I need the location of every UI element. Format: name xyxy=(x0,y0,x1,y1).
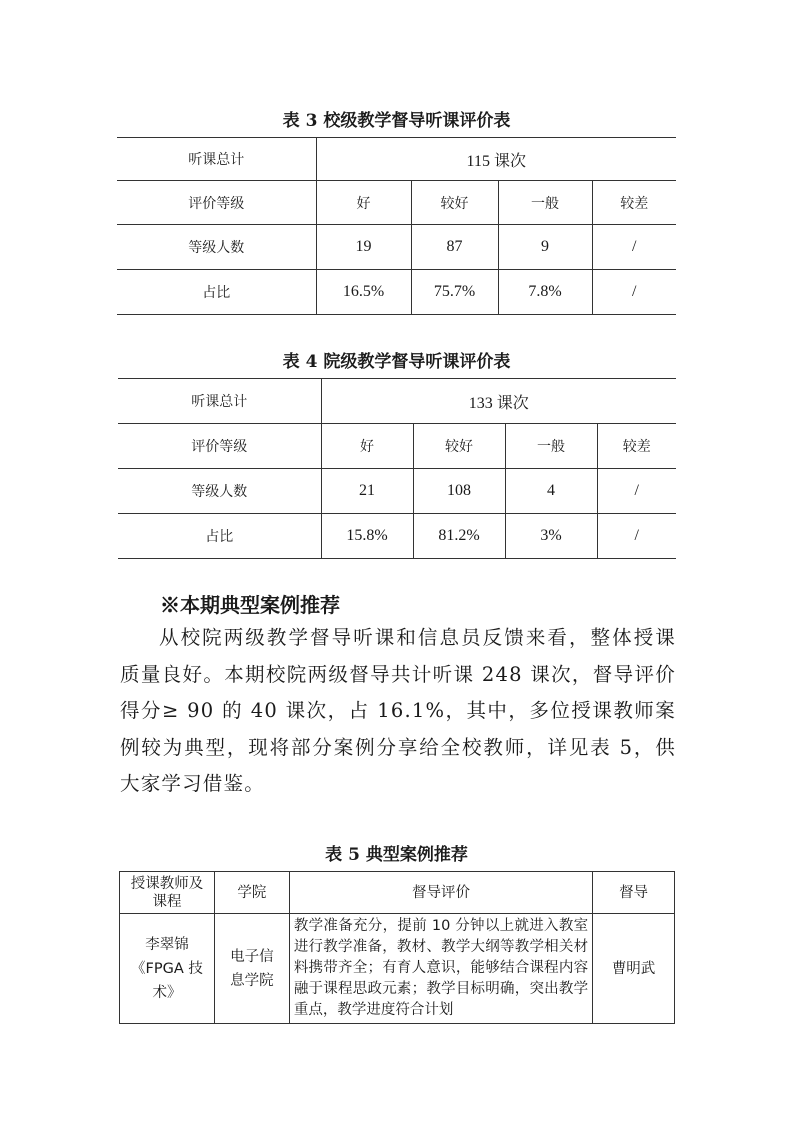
grade-cell: 较差 xyxy=(592,181,676,225)
ratio-cell: 15.8% xyxy=(321,514,413,559)
grade-cell: 较好 xyxy=(411,181,498,225)
count-cell: / xyxy=(592,225,676,270)
ratio-cell: 7.8% xyxy=(498,270,592,315)
section-heading: ※本期典型案例推荐 xyxy=(160,589,340,618)
count-cell: / xyxy=(597,469,676,514)
count-label: 等级人数 xyxy=(118,469,321,514)
college: 电子信息学院 xyxy=(214,914,289,1024)
total-value: 115 课次 xyxy=(316,138,676,181)
total-label: 听课总计 xyxy=(118,379,321,424)
grade-cell: 一般 xyxy=(505,424,597,469)
count-cell: 9 xyxy=(498,225,592,270)
count-cell: 21 xyxy=(321,469,413,514)
ratio-cell: 3% xyxy=(505,514,597,559)
header-college: 学院 xyxy=(214,872,289,914)
grade-cell: 一般 xyxy=(498,181,592,225)
grade-cell: 较差 xyxy=(597,424,676,469)
ratio-cell: 81.2% xyxy=(413,514,505,559)
header-supervisor: 督导 xyxy=(593,872,675,914)
ratio-label: 占比 xyxy=(117,270,316,315)
grade-cell: 好 xyxy=(321,424,413,469)
section-paragraph: 从校院两级教学督导听课和信息员反馈来看，整体授课质量良好。本期校院两级督导共计听… xyxy=(120,620,676,803)
total-label: 听课总计 xyxy=(117,138,316,181)
grade-label: 评价等级 xyxy=(117,181,316,225)
table5: 授课教师及课程 学院 督导评价 督导 李翠锦《FPGA 技术》 电子信息学院 教… xyxy=(119,871,675,1024)
table3: 听课总计 115 课次 评价等级 好 较好 一般 较差 等级人数 19 87 9… xyxy=(117,137,676,315)
teacher-course: 李翠锦《FPGA 技术》 xyxy=(120,914,215,1024)
ratio-cell: / xyxy=(597,514,676,559)
count-cell: 87 xyxy=(411,225,498,270)
count-cell: 4 xyxy=(505,469,597,514)
ratio-cell: 16.5% xyxy=(316,270,411,315)
count-cell: 108 xyxy=(413,469,505,514)
grade-cell: 较好 xyxy=(413,424,505,469)
table-row: 李翠锦《FPGA 技术》 电子信息学院 教学准备充分，提前 10 分钟以上就进入… xyxy=(120,914,675,1024)
count-label: 等级人数 xyxy=(117,225,316,270)
table4-caption: 表 4 院级教学督导听课评价表 xyxy=(0,347,793,372)
table4: 听课总计 133 课次 评价等级 好 较好 一般 较差 等级人数 21 108 … xyxy=(118,378,676,559)
grade-label: 评价等级 xyxy=(118,424,321,469)
table3-caption: 表 3 校级教学督导听课评价表 xyxy=(0,106,793,131)
total-value: 133 课次 xyxy=(321,379,676,424)
ratio-cell: / xyxy=(592,270,676,315)
header-evaluation: 督导评价 xyxy=(289,872,592,914)
ratio-label: 占比 xyxy=(118,514,321,559)
header-teacher-course: 授课教师及课程 xyxy=(120,872,215,914)
grade-cell: 好 xyxy=(316,181,411,225)
supervisor: 曹明武 xyxy=(593,914,675,1024)
ratio-cell: 75.7% xyxy=(411,270,498,315)
count-cell: 19 xyxy=(316,225,411,270)
table5-caption: 表 5 典型案例推荐 xyxy=(0,840,793,865)
evaluation: 教学准备充分，提前 10 分钟以上就进入教室进行教学准备，教材、教学大纲等教学相… xyxy=(289,914,592,1024)
